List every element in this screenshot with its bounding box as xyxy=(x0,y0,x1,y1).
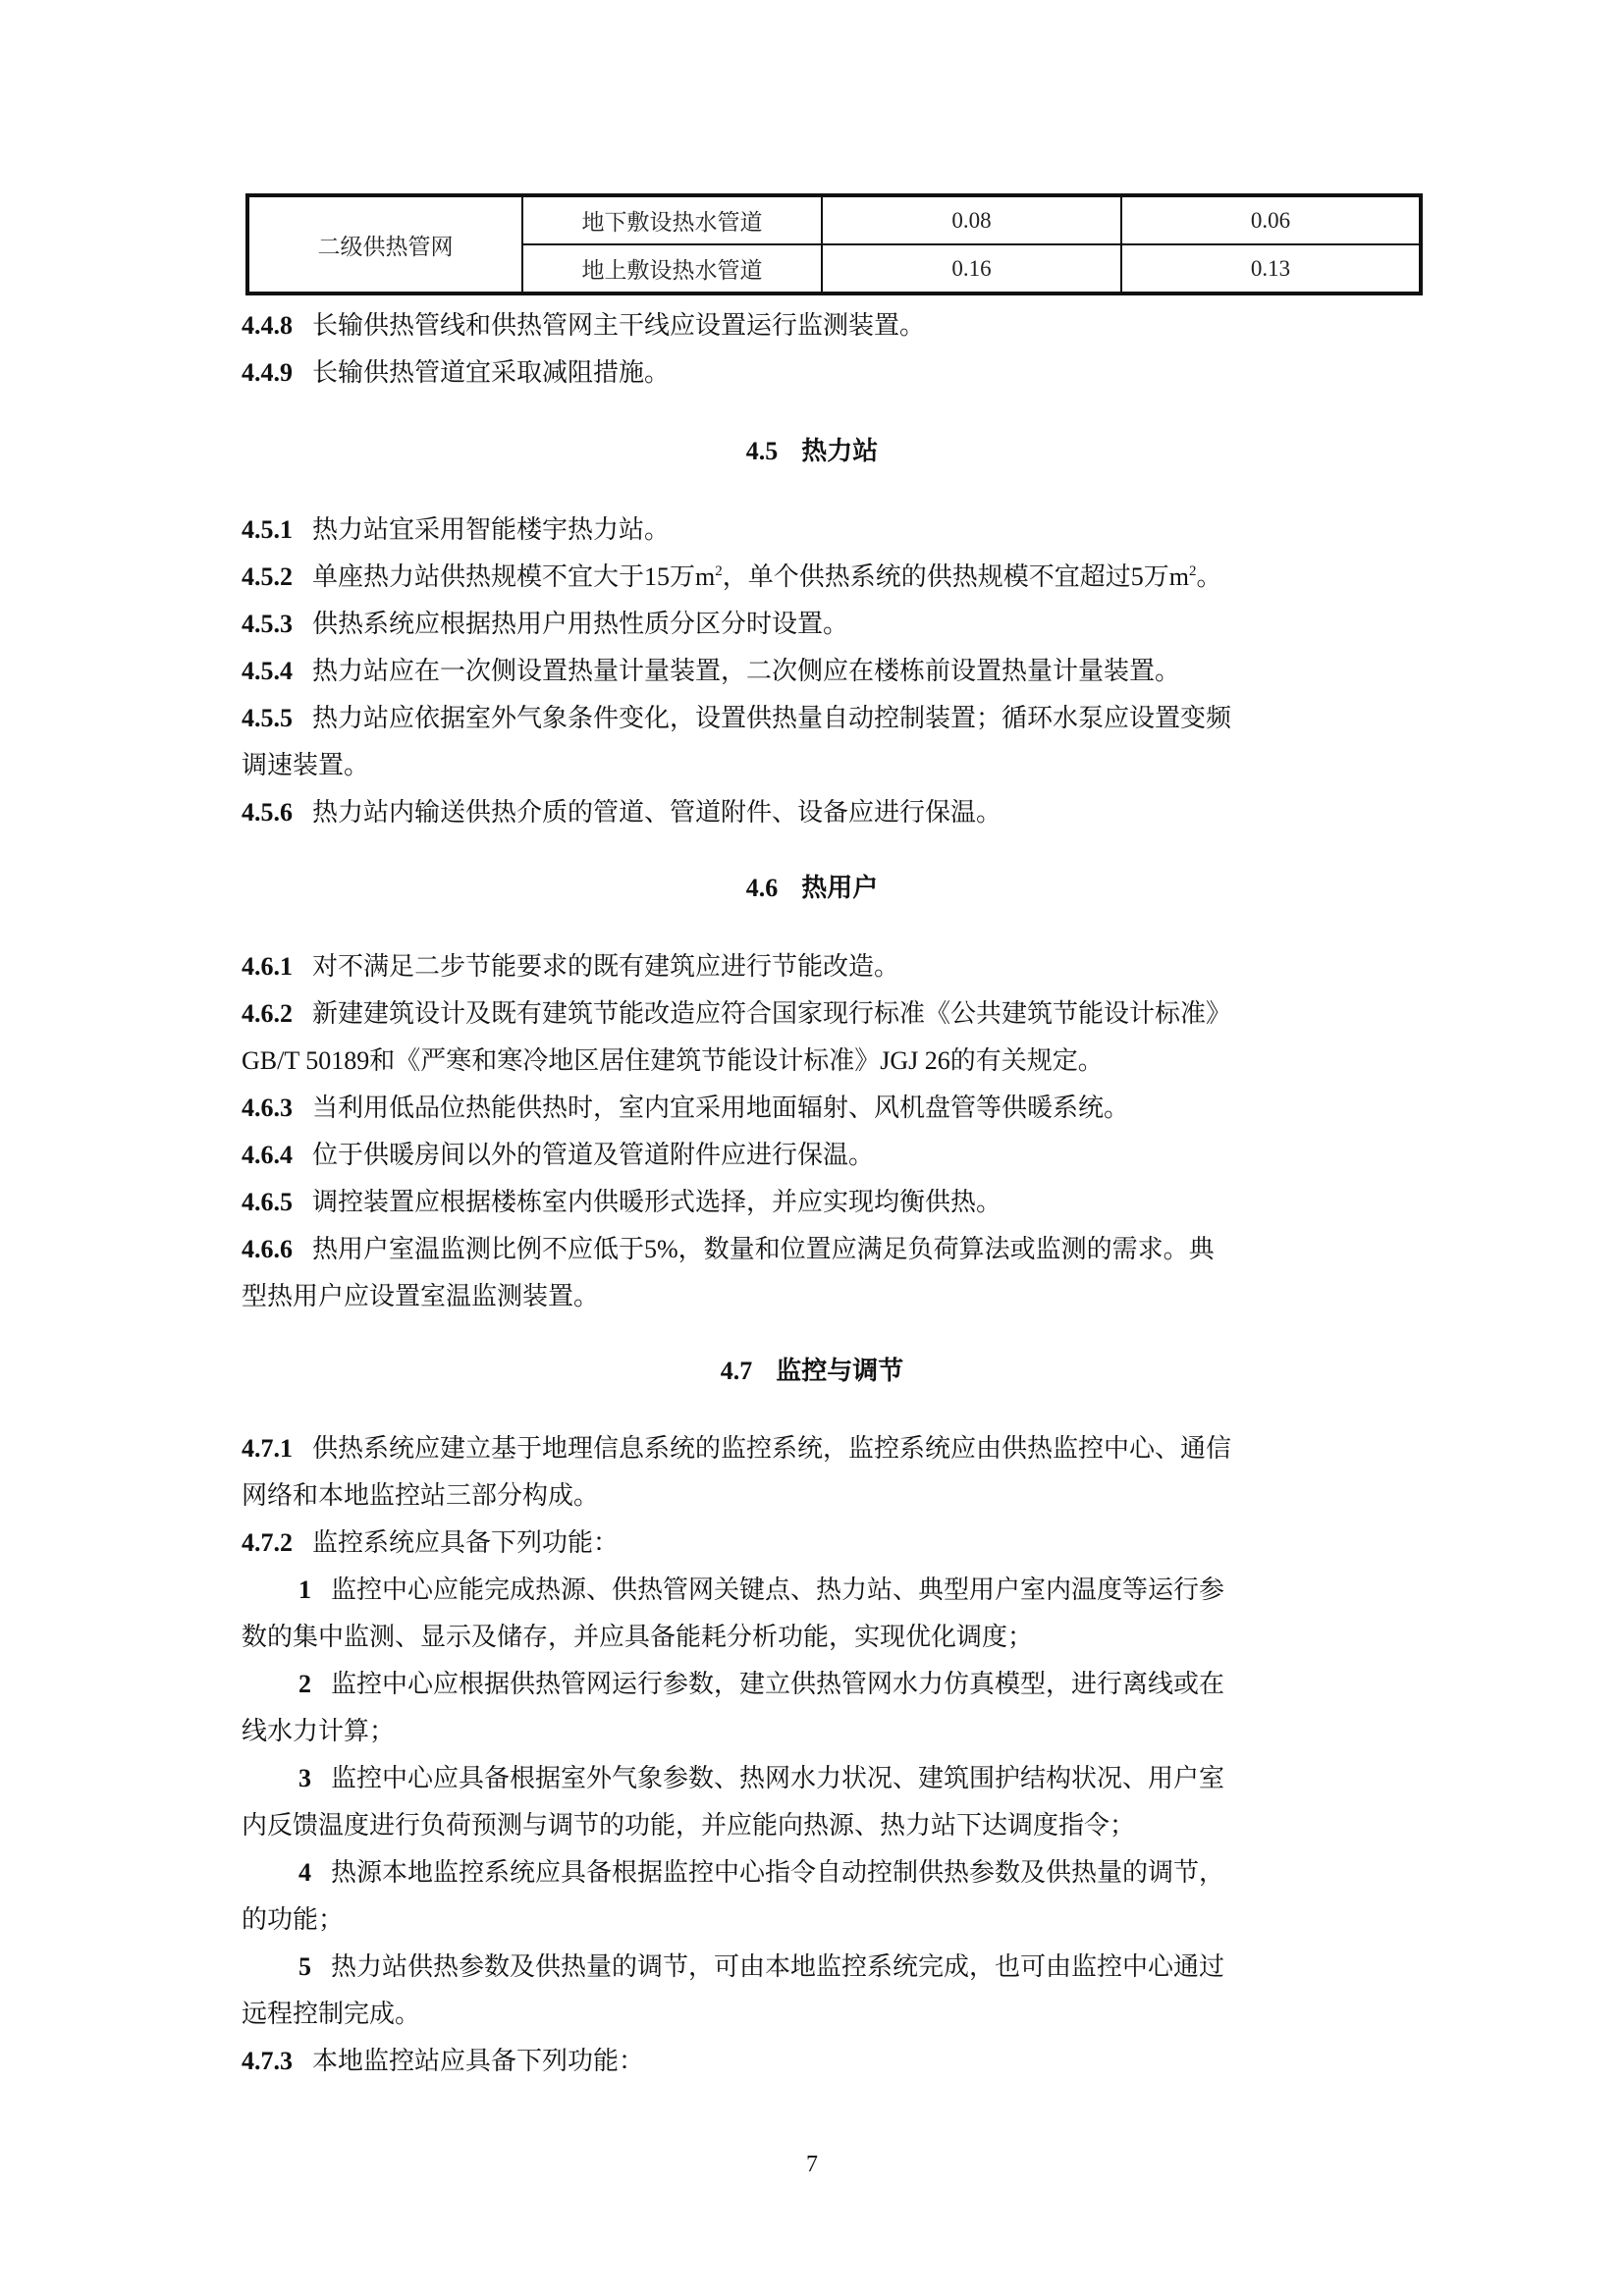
clause-4-5-2: 4.5.2单座热力站供热规模不宜大于15万m2，单个供热系统的供热规模不宜超过5… xyxy=(242,561,1221,593)
list-item-1: 1监控中心应能完成热源、供热管网关键点、热力站、典型用户室内温度等运行参 xyxy=(298,1575,1224,1606)
clause-number: 4.6.2 xyxy=(242,998,293,1030)
clause-text: 新建建筑设计及既有建筑节能改造应符合国家现行标准《公共建筑节能设计标准》 xyxy=(312,999,1231,1028)
table-cell-type: 地下敷设热水管道 xyxy=(522,195,822,244)
item-text: 监控中心应能完成热源、供热管网关键点、热力站、典型用户室内温度等运行参 xyxy=(331,1575,1224,1604)
clause-4-6-5: 4.6.5调控装置应根据楼栋室内供暖形式选择，并应实现均衡供热。 xyxy=(242,1187,1001,1218)
clause-text: 监控系统应具备下列功能： xyxy=(312,1528,619,1557)
section-heading-4-6: 4.6热用户 xyxy=(0,873,1624,904)
clause-number: 4.5.3 xyxy=(242,609,293,640)
item-text: 热力站供热参数及供热量的调节，可由本地监控系统完成，也可由监控中心通过 xyxy=(331,1952,1224,1981)
clause-text: ，单个供热系统的供热规模不宜超过5万m xyxy=(723,562,1189,591)
clause-text: 本地监控站应具备下列功能： xyxy=(312,2047,644,2075)
item-text: 监控中心应根据供热管网运行参数，建立供热管网水力仿真模型，进行离线或在 xyxy=(331,1670,1224,1698)
list-item-continuation: 远程控制完成。 xyxy=(242,1999,420,2030)
clause-text: 。 xyxy=(1196,562,1221,591)
clause-number: 4.5.1 xyxy=(242,514,293,546)
table-cell-type: 地上敷设热水管道 xyxy=(522,244,822,294)
section-number: 4.7 xyxy=(721,1357,753,1385)
table-cell-value: 0.08 xyxy=(822,195,1121,244)
list-item-continuation: 内反馈温度进行负荷预测与调节的功能，并应能向热源、热力站下达调度指令； xyxy=(242,1810,1135,1842)
clause-number: 4.7.1 xyxy=(242,1433,293,1465)
document-page: 二级供热管网 地下敷设热水管道 0.08 0.06 地上敷设热水管道 0.16 … xyxy=(0,0,1624,2296)
clause-4-7-2: 4.7.2监控系统应具备下列功能： xyxy=(242,1527,619,1559)
section-title: 热力站 xyxy=(801,437,878,465)
section-heading-4-7: 4.7监控与调节 xyxy=(0,1356,1624,1387)
clause-text: 供热系统应根据热用户用热性质分区分时设置。 xyxy=(312,610,848,638)
clause-text: 位于供暖房间以外的管道及管道附件应进行保温。 xyxy=(312,1141,874,1169)
clause-text: 单座热力站供热规模不宜大于15万m xyxy=(312,562,715,591)
clause-number: 4.4.8 xyxy=(242,310,293,342)
list-item-continuation: 数的集中监测、显示及储存，并应具备能耗分析功能，实现优化调度； xyxy=(242,1622,1033,1653)
item-number: 5 xyxy=(298,1951,311,1983)
clause-number: 4.6.1 xyxy=(242,951,293,983)
clause-4-6-2: 4.6.2新建建筑设计及既有建筑节能改造应符合国家现行标准《公共建筑节能设计标准… xyxy=(242,998,1231,1030)
clause-text: 对不满足二步节能要求的既有建筑应进行节能改造。 xyxy=(312,952,899,981)
clause-text: 当利用低品位热能供热时，室内宜采用地面辐射、风机盘管等供暖系统。 xyxy=(312,1094,1129,1122)
clause-4-4-9: 4.4.9长输供热管道宜采取减阻措施。 xyxy=(242,357,670,389)
clause-4-6-1: 4.6.1对不满足二步节能要求的既有建筑应进行节能改造。 xyxy=(242,951,899,983)
clause-4-6-3: 4.6.3当利用低品位热能供热时，室内宜采用地面辐射、风机盘管等供暖系统。 xyxy=(242,1093,1129,1124)
list-item-continuation: 的功能； xyxy=(242,1904,344,1936)
item-text: 监控中心应具备根据室外气象参数、热网水力状况、建筑围护结构状况、用户室 xyxy=(331,1764,1224,1792)
list-item-3: 3监控中心应具备根据室外气象参数、热网水力状况、建筑围护结构状况、用户室 xyxy=(298,1763,1224,1794)
clause-text: 热力站应依据室外气象条件变化，设置供热量自动控制装置；循环水泵应设置变频 xyxy=(312,704,1231,732)
section-title: 热用户 xyxy=(801,874,878,902)
section-title: 监控与调节 xyxy=(776,1357,903,1385)
clause-number: 4.5.6 xyxy=(242,797,293,828)
clause-number: 4.7.3 xyxy=(242,2046,293,2077)
clause-4-5-6: 4.5.6热力站内输送供热介质的管道、管道附件、设备应进行保温。 xyxy=(242,797,1001,828)
clause-4-5-5: 4.5.5热力站应依据室外气象条件变化，设置供热量自动控制装置；循环水泵应设置变… xyxy=(242,703,1231,734)
clause-number: 4.5.5 xyxy=(242,703,293,734)
item-text: 热源本地监控系统应具备根据监控中心指令自动控制供热参数及供热量的调节， xyxy=(331,1858,1224,1887)
list-item-2: 2监控中心应根据供热管网运行参数，建立供热管网水力仿真模型，进行离线或在 xyxy=(298,1669,1224,1700)
clause-number: 4.5.2 xyxy=(242,561,293,593)
clause-4-6-4: 4.6.4位于供暖房间以外的管道及管道附件应进行保温。 xyxy=(242,1140,874,1171)
clause-text: 长输供热管线和供热管网主干线应设置运行监测装置。 xyxy=(312,311,925,340)
clause-text: 热力站宜采用智能楼宇热力站。 xyxy=(312,515,670,544)
clause-text: 调控装置应根据楼栋室内供暖形式选择，并应实现均衡供热。 xyxy=(312,1188,1001,1216)
clause-4-7-1: 4.7.1供热系统应建立基于地理信息系统的监控系统，监控系统应由供热监控中心、通… xyxy=(242,1433,1231,1465)
item-number: 4 xyxy=(298,1857,311,1889)
clause-continuation: 型热用户应设置室温监测装置。 xyxy=(242,1281,599,1312)
clause-text: 长输供热管道宜采取减阻措施。 xyxy=(312,358,670,387)
item-number: 3 xyxy=(298,1763,311,1794)
clause-number: 4.4.9 xyxy=(242,357,293,389)
clause-4-6-6: 4.6.6热用户室温监测比例不应低于5%，数量和位置应满足负荷算法或监测的需求。… xyxy=(242,1234,1215,1265)
pipe-loss-table: 二级供热管网 地下敷设热水管道 0.08 0.06 地上敷设热水管道 0.16 … xyxy=(245,193,1423,295)
list-item-5: 5热力站供热参数及供热量的调节，可由本地监控系统完成，也可由监控中心通过 xyxy=(298,1951,1224,1983)
clause-number: 4.6.5 xyxy=(242,1187,293,1218)
item-number: 2 xyxy=(298,1669,311,1700)
clause-number: 4.6.4 xyxy=(242,1140,293,1171)
clause-number: 4.6.3 xyxy=(242,1093,293,1124)
superscript: 2 xyxy=(715,563,723,579)
table-cell-value: 0.06 xyxy=(1121,195,1421,244)
section-number: 4.5 xyxy=(746,437,779,465)
clause-number: 4.5.4 xyxy=(242,656,293,687)
clause-4-5-3: 4.5.3供热系统应根据热用户用热性质分区分时设置。 xyxy=(242,609,848,640)
list-item-4: 4热源本地监控系统应具备根据监控中心指令自动控制供热参数及供热量的调节， xyxy=(298,1857,1224,1889)
section-heading-4-5: 4.5热力站 xyxy=(0,436,1624,467)
clause-4-5-4: 4.5.4热力站应在一次侧设置热量计量装置，二次侧应在楼栋前设置热量计量装置。 xyxy=(242,656,1180,687)
clause-text: 供热系统应建立基于地理信息系统的监控系统，监控系统应由供热监控中心、通信 xyxy=(312,1434,1231,1463)
clause-4-4-8: 4.4.8长输供热管线和供热管网主干线应设置运行监测装置。 xyxy=(242,310,925,342)
list-item-continuation: 线水力计算； xyxy=(242,1716,395,1747)
clause-number: 4.6.6 xyxy=(242,1234,293,1265)
clause-text: 热力站内输送供热介质的管道、管道附件、设备应进行保温。 xyxy=(312,798,1001,827)
clause-number: 4.7.2 xyxy=(242,1527,293,1559)
page-number: 7 xyxy=(0,2150,1624,2179)
clause-4-5-1: 4.5.1热力站宜采用智能楼宇热力站。 xyxy=(242,514,670,546)
clause-continuation: GB/T 50189和《严寒和寒冷地区居住建筑节能设计标准》JGJ 26的有关规… xyxy=(242,1045,1104,1077)
table-group-cell: 二级供热管网 xyxy=(247,195,522,294)
section-number: 4.6 xyxy=(746,874,779,902)
clause-continuation: 网络和本地监控站三部分构成。 xyxy=(242,1480,599,1512)
clause-text: 热用户室温监测比例不应低于5%，数量和位置应满足负荷算法或监测的需求。典 xyxy=(312,1235,1215,1263)
clause-text: 热力站应在一次侧设置热量计量装置，二次侧应在楼栋前设置热量计量装置。 xyxy=(312,657,1180,685)
clause-4-7-3: 4.7.3本地监控站应具备下列功能： xyxy=(242,2046,644,2077)
item-number: 1 xyxy=(298,1575,311,1606)
table-cell-value: 0.16 xyxy=(822,244,1121,294)
table-cell-value: 0.13 xyxy=(1121,244,1421,294)
clause-continuation: 调速装置。 xyxy=(242,750,369,781)
table-row: 二级供热管网 地下敷设热水管道 0.08 0.06 xyxy=(247,195,1421,244)
